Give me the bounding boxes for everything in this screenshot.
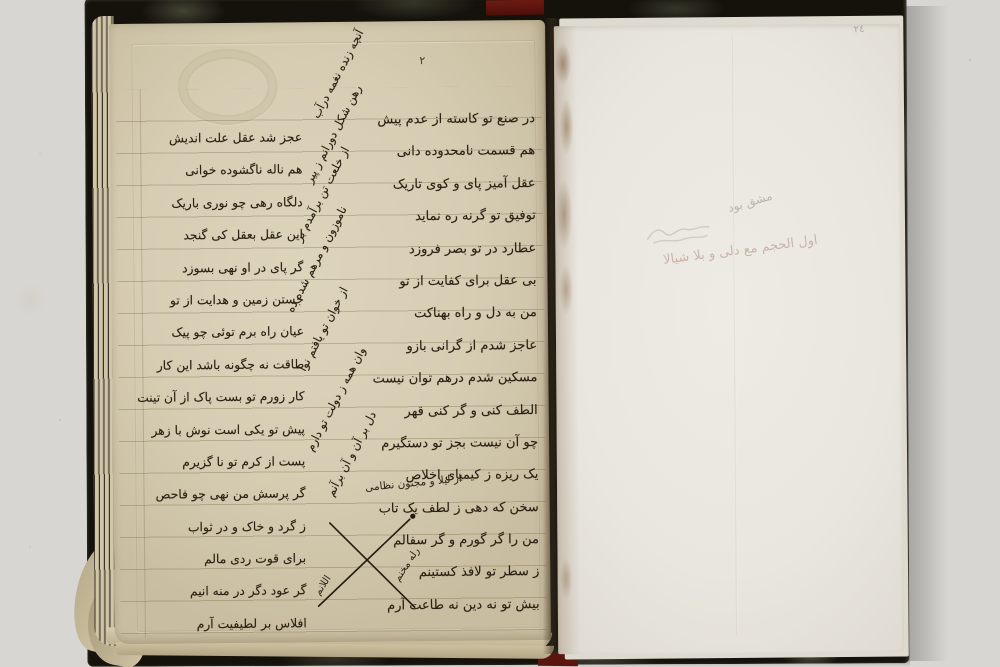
right-page: ٢٤ مشق بود اول الحجم مع دلی و بلا شیالا [554, 24, 904, 654]
manuscript-photo: ۲ در صنع تو کاسته از عدم پیشهم قسمت نامح… [0, 0, 1000, 667]
poem-line: گر عود دگر در منه انیم [130, 576, 306, 610]
cross-out-mark [304, 509, 435, 625]
left-page: ۲ در صنع تو کاسته از عدم پیشهم قسمت نامح… [109, 20, 551, 644]
gutter-stains [554, 26, 588, 654]
diagonal-verses: آنچه زنده نغمه درآبرهن شکل دورانم ز پیرا… [259, 29, 444, 511]
poem-line: برای قوت ردی مالم [130, 543, 306, 577]
faint-scribble [643, 217, 715, 250]
diagonal-poem-line: دل بر آن و آن برآنم [310, 384, 392, 524]
faint-corner-mark: ٢٤ [853, 24, 865, 36]
poem-line: افلاس بر لطیفیت آرم [131, 608, 307, 642]
spine-cloth-top [486, 0, 544, 16]
poem-line: ز گرد و خاک و در ثواب [130, 511, 306, 545]
paper-crease [732, 35, 738, 635]
